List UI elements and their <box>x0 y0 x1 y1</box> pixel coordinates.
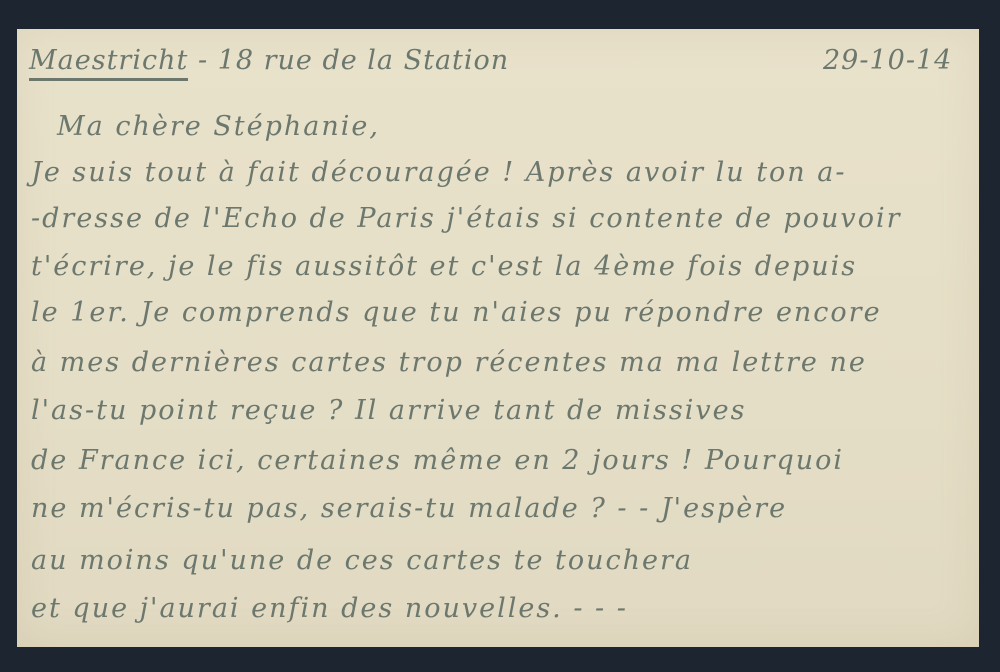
city: Maestricht <box>29 45 188 81</box>
letter-line: t'écrire, je le fis aussitôt et c'est la… <box>31 251 857 282</box>
letter-line: -dresse de l'Echo de Paris j'étais si co… <box>31 203 902 234</box>
letter-line: au moins qu'une de ces cartes te toucher… <box>31 545 693 576</box>
letter-line: Je suis tout à fait découragée ! Après a… <box>31 157 847 188</box>
postcard: Maestricht - 18 rue de la Station 29-10-… <box>17 29 979 647</box>
letter-line: et que j'aurai enfin des nouvelles. - - … <box>31 593 628 624</box>
letter-line: ne m'écris-tu pas, serais-tu malade ? - … <box>31 493 787 524</box>
date: 29-10-14 <box>823 45 952 76</box>
letter-line: de France ici, certaines même en 2 jours… <box>31 445 844 476</box>
salutation: Ma chère Stéphanie, <box>57 111 380 142</box>
header-line: Maestricht - 18 rue de la Station <box>29 45 509 76</box>
letter-line: l'as-tu point reçue ? Il arrive tant de … <box>31 395 747 426</box>
address: - 18 rue de la Station <box>198 45 509 76</box>
letter-line: à mes dernières cartes trop récentes ma … <box>31 347 867 378</box>
letter-line: le 1er. Je comprends que tu n'aies pu ré… <box>31 297 882 328</box>
